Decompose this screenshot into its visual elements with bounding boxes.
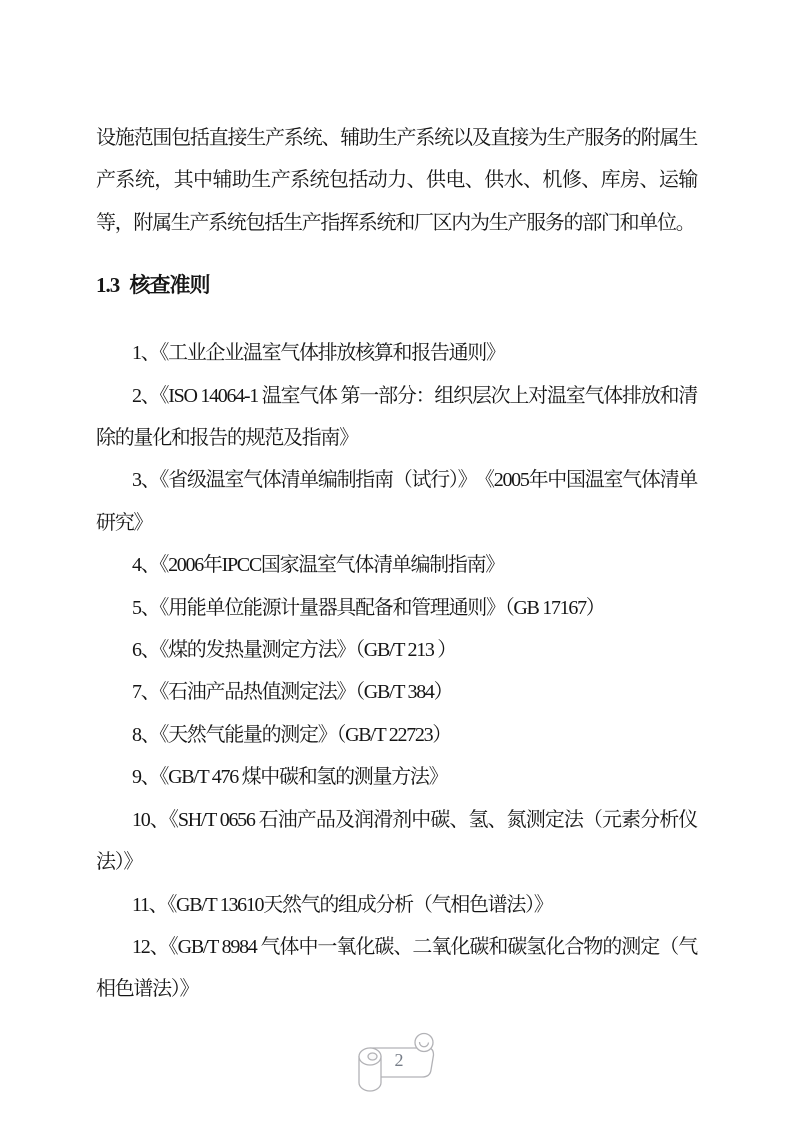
list-item: 5、《用能单位能源计量器具配备和管理通则》（GB 17167） — [96, 587, 697, 629]
list-item: 4、《2006年IPCC国家温室气体清单编制指南》 — [96, 544, 697, 586]
page-content: 设施范围包括直接生产系统、辅助生产系统以及直接为生产服务的附属生产系统，其中辅助… — [96, 117, 697, 1011]
page-number-scroll: 2 — [356, 1031, 436, 1093]
page-number: 2 — [382, 1049, 416, 1071]
list-item: 7、《石油产品热值测定法》（GB/T 384） — [96, 671, 697, 713]
list-item: 6、《煤的发热量测定方法》（GB/T 213 ） — [96, 629, 697, 671]
reference-list: 1、《工业企业温室气体排放核算和报告通则》 2、《ISO 14064-1 温室气… — [96, 332, 697, 1011]
list-item: 11、《GB/T 13610天然气的组成分析（气相色谱法）》 — [96, 884, 697, 926]
list-item: 12、《GB/T 8984 气体中一氧化碳、二氧化碳和碳氢化合物的测定（气相色谱… — [96, 926, 697, 1011]
document-page: 设施范围包括直接生产系统、辅助生产系统以及直接为生产服务的附属生产系统，其中辅助… — [0, 0, 793, 1121]
list-item: 9、《GB/T 476 煤中碳和氢的测量方法》 — [96, 756, 697, 798]
section-heading: 1.3 核查准则 — [96, 264, 697, 306]
list-item: 3、《省级温室气体清单编制指南（试行）》 《2005年中国温室气体清单研究》 — [96, 459, 697, 544]
list-item: 1、《工业企业温室气体排放核算和报告通则》 — [96, 332, 697, 374]
list-item: 2、《ISO 14064-1 温室气体 第一部分：组织层次上对温室气体排放和清除… — [96, 375, 697, 460]
body-paragraph: 设施范围包括直接生产系统、辅助生产系统以及直接为生产服务的附属生产系统，其中辅助… — [96, 117, 697, 244]
list-item: 10、《SH/T 0656 石油产品及润滑剂中碳、氢、氮测定法（元素分析仪法）》 — [96, 799, 697, 884]
list-item: 8、《天然气能量的测定》（GB/T 22723） — [96, 714, 697, 756]
